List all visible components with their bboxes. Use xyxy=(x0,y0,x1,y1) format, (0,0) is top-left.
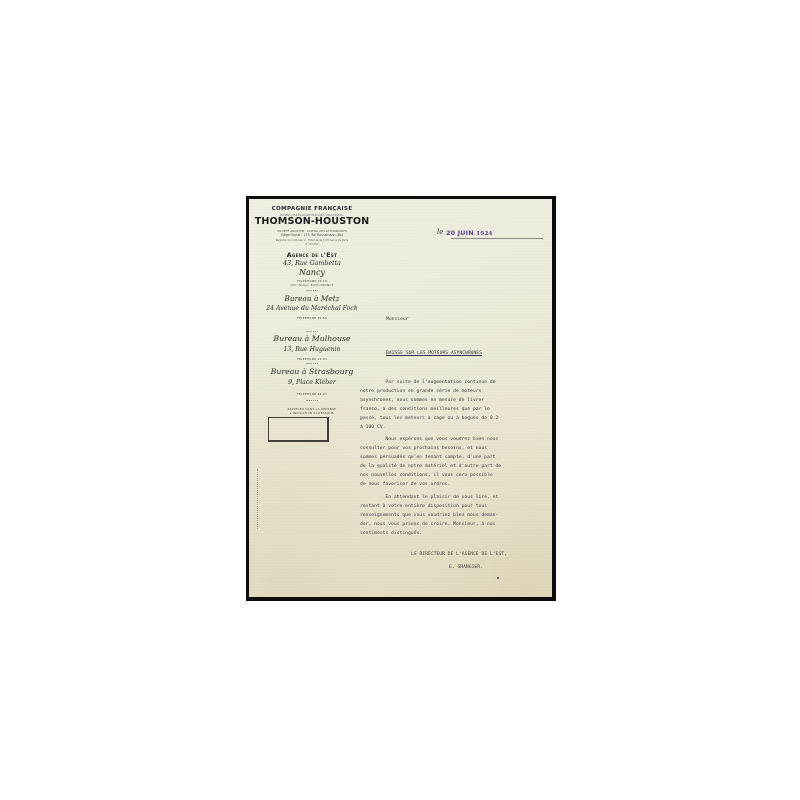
agency-city: Nancy xyxy=(253,268,371,277)
registry-line: Registre du Commerce · Tribunal de Comme… xyxy=(253,239,371,242)
divider xyxy=(306,290,318,291)
branch-name-metz: Bureau à Metz xyxy=(253,294,371,303)
margin-marks xyxy=(257,469,259,529)
paragraph-line: renseignements que vous voudriez bien no… xyxy=(360,512,545,521)
branch-phone-metz: TÉLÉPHONE 16-56 xyxy=(253,316,371,320)
scanned-letter-frame: COMPAGNIE FRANÇAISE POUR L'EXPLOITATION … xyxy=(246,196,556,601)
agency-telegraph: Adr. Télégr. ELTHU-NANCY xyxy=(253,283,371,287)
agency-address: 43, Rue Gambetta xyxy=(253,260,371,267)
branch-name-mulhouse: Bureau à Mulhouse xyxy=(253,334,371,343)
agency-title: Agence de l'Est xyxy=(253,252,371,259)
paragraph-line: restant à votre entière disposition pour… xyxy=(360,503,545,512)
ink-dot xyxy=(497,577,499,579)
paragraph-line: de nous favoriser de vos ordres. xyxy=(360,481,545,490)
paragraph-line: sommes persuadés qu'en tenant compte, d'… xyxy=(360,454,545,463)
reference-box xyxy=(268,417,329,442)
divider xyxy=(306,363,318,364)
paragraph-3: En attendant le plaisir de vous lire, et… xyxy=(360,494,545,539)
divider xyxy=(306,400,318,401)
salutation: Monsieur xyxy=(386,317,409,322)
paragraph-line: sentiments distingués. xyxy=(360,530,545,539)
seat-line: Siège Social : 173, Bd Haussmann (8e) xyxy=(253,233,371,237)
paragraph-line: der, nous vous prions de croire, Monsieu… xyxy=(360,521,545,530)
signature-name: E. GRANGIER. xyxy=(449,565,483,570)
date-stamp-year: 1924 xyxy=(476,231,492,237)
paragraph-1: Par suite de l'augmentation continue den… xyxy=(360,379,545,432)
paragraph-line: consulter pour vos prochains besoins, et… xyxy=(360,445,545,454)
date-underline xyxy=(451,238,543,239)
date-stamp-day-month: 20 JUIN xyxy=(446,229,474,237)
letter-paper: COMPAGNIE FRANÇAISE POUR L'EXPLOITATION … xyxy=(249,199,552,597)
signature-title: LE DIRECTEUR DE L'AGENCE DE L'EST, xyxy=(411,552,507,557)
letter-subject: BAISSE SUR LES MOTEURS ASYNCHRONES xyxy=(386,351,482,356)
company-name: COMPAGNIE FRANÇAISE xyxy=(253,206,371,212)
divider xyxy=(306,331,318,332)
paragraph-line: franco, à des conditions meilleures que … xyxy=(360,406,545,415)
date-stamp: 20 JUIN 1924 xyxy=(446,229,493,237)
branch-name-strasbourg: Bureau à Strasbourg xyxy=(253,367,371,376)
paragraph-line: nos nouvelles conditions, il vous sera p… xyxy=(360,472,545,481)
paragraph-line: asynchrones, nous sommes en mesure de li… xyxy=(360,397,545,406)
paragraph-2: Nous espérons que vous voudrez bien nous… xyxy=(360,436,545,489)
paragraph-line: notre production en grande série de mote… xyxy=(360,388,545,397)
paragraph-line: En attendant le plaisir de vous lire, et xyxy=(360,494,545,503)
branch-address-strasbourg: 9, Place Kléber xyxy=(253,379,371,386)
registry-line-2: N° 64.653 xyxy=(253,243,371,246)
paragraph-line: de la qualité de notre matériel et d'aut… xyxy=(360,463,545,472)
branch-address-mulhouse: 13, Rue Huguenin xyxy=(253,346,371,353)
paragraph-line: Par suite de l'augmentation continue de xyxy=(360,379,545,388)
date-prefix: le xyxy=(437,228,443,236)
brand-name: THOMSON-HOUSTON xyxy=(253,216,371,227)
branch-address-metz: 24 Avenue du Maréchal Foch xyxy=(253,305,371,312)
date-field: le 20 JUIN 1924 xyxy=(437,229,537,239)
paragraph-line: passé, tous les moteurs à cage ou à bagu… xyxy=(360,415,545,424)
branch-phone-mulhouse: TÉLÉPHONE 19-04 xyxy=(253,357,371,361)
paragraph-line: Nous espérons que vous voudrez bien nous xyxy=(360,436,545,445)
branch-phone-strasbourg: TÉLÉPHONE 44-23 xyxy=(253,392,371,396)
reference-note-2: L'INDICATION CI-DESSOUS xyxy=(253,411,371,415)
paragraph-line: à 100 CV. xyxy=(360,424,545,433)
